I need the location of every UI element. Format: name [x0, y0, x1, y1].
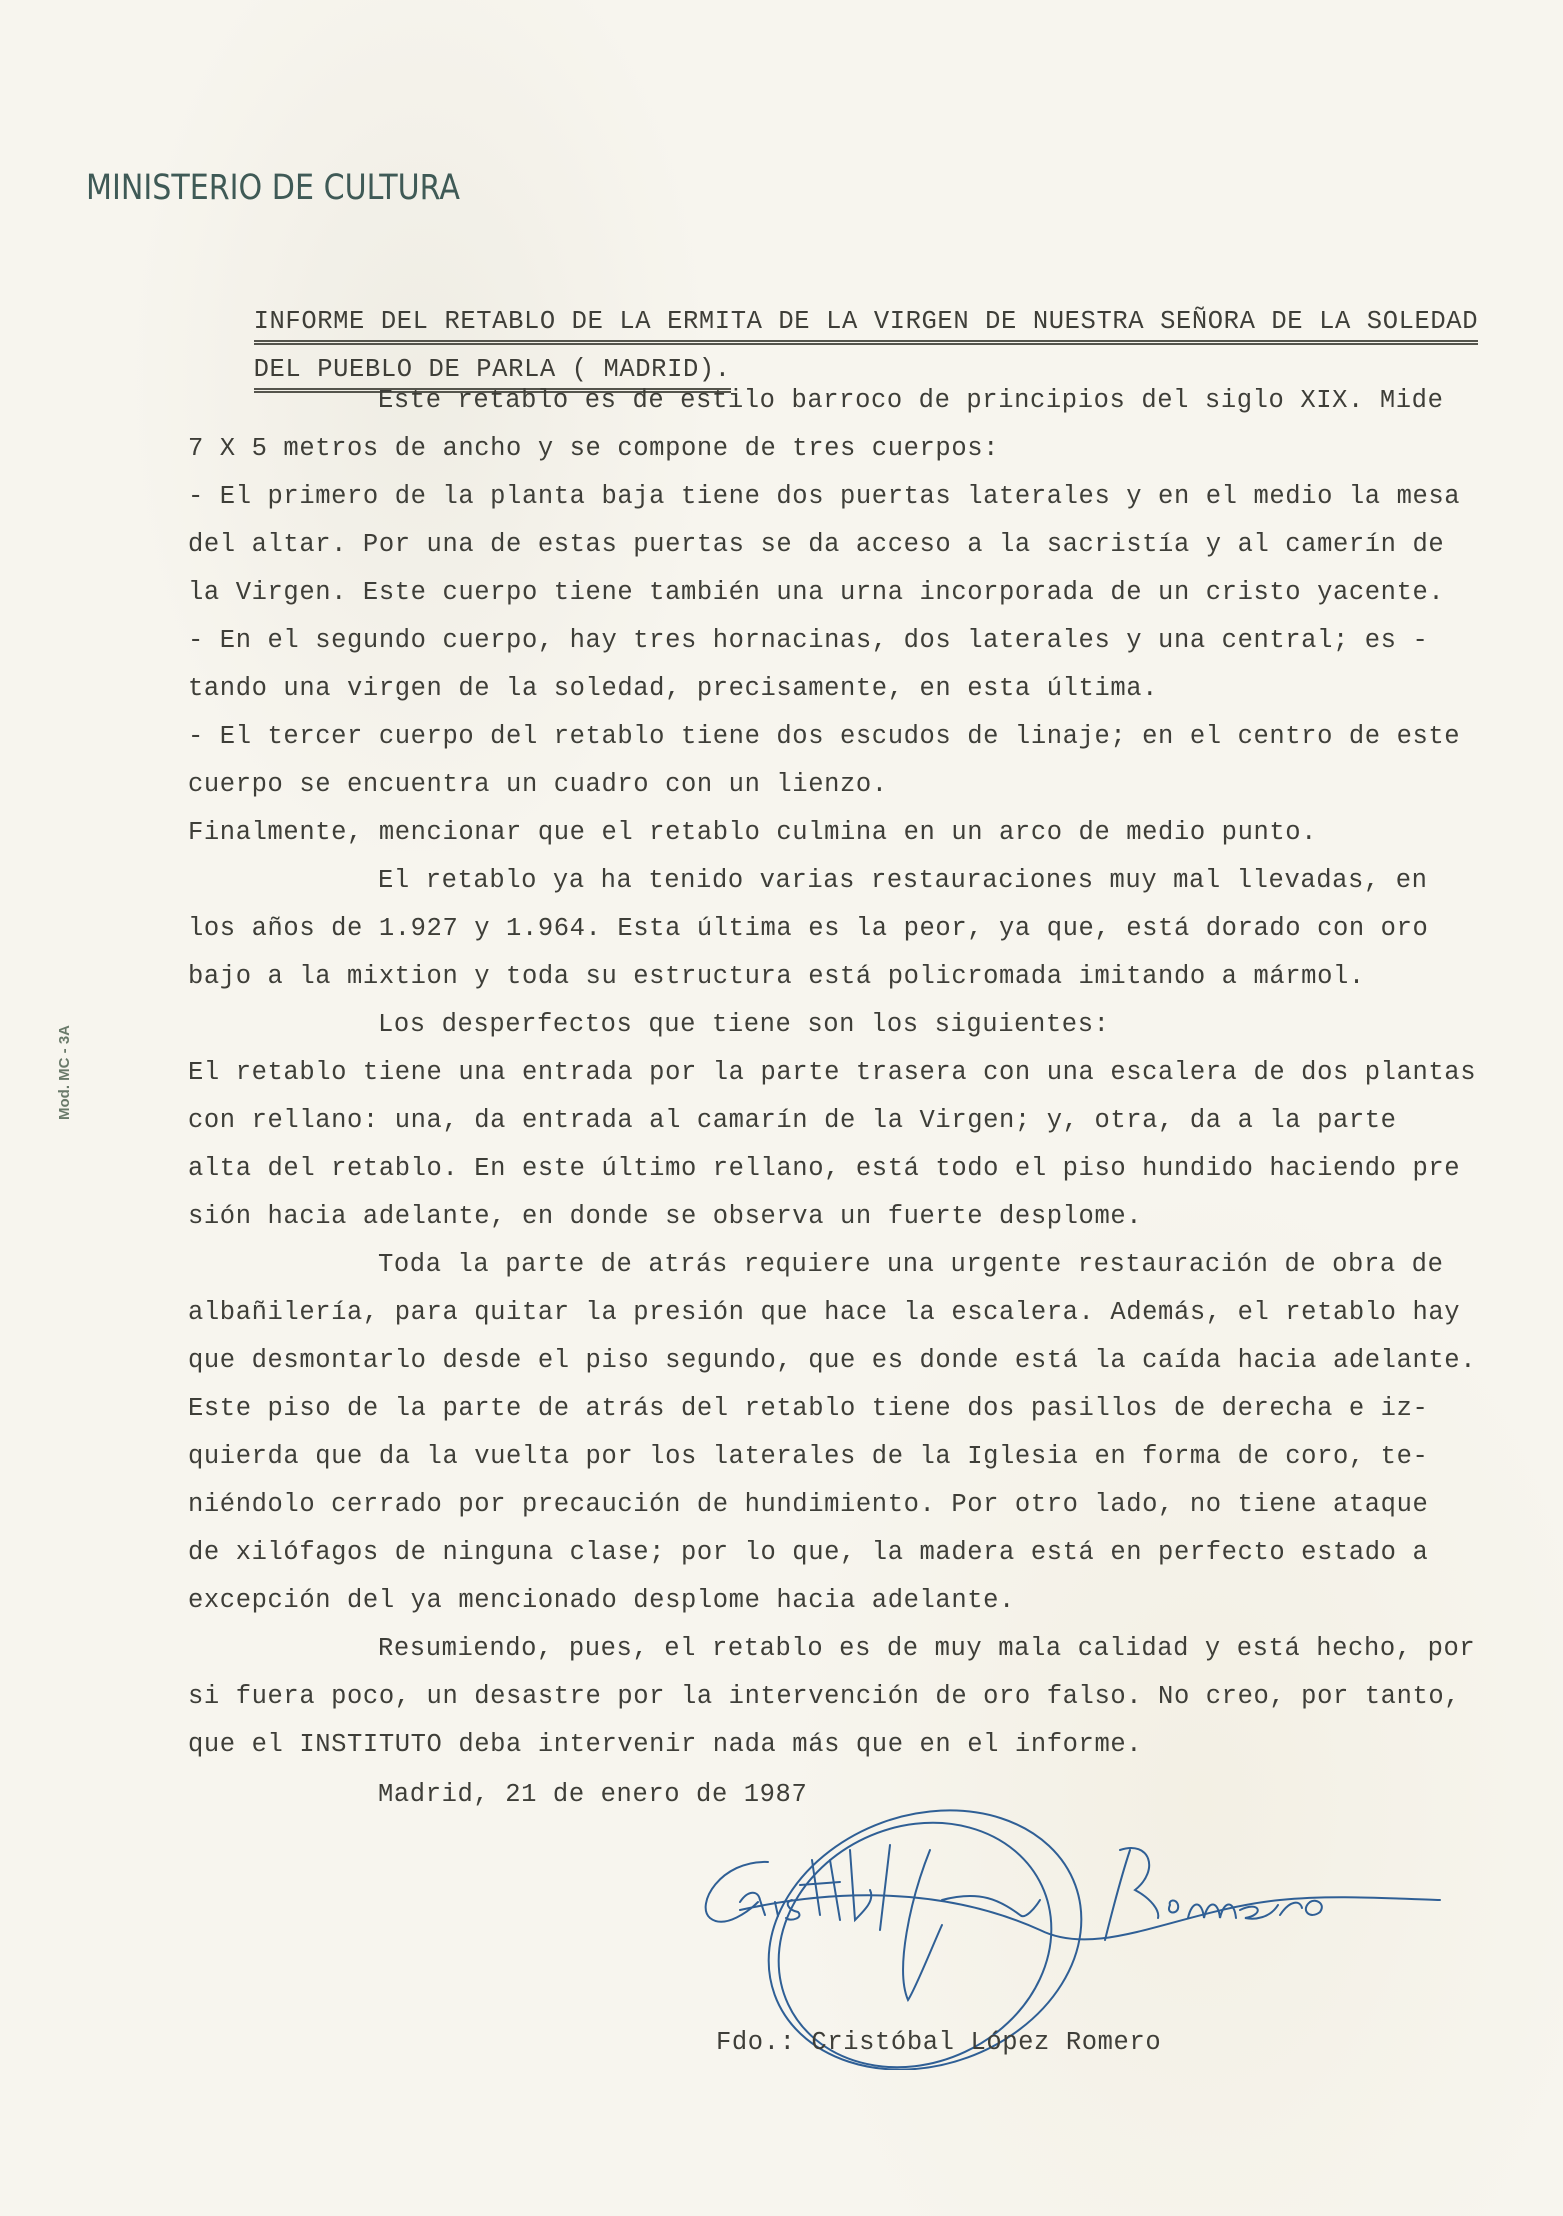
body-line: con rellano: una, da entrada al camarín … — [188, 1106, 1397, 1135]
body-line: Este retablo es de estilo barroco de pri… — [378, 386, 1443, 415]
body-line: excepción del ya mencionado desplome hac… — [188, 1586, 1015, 1615]
body-line: alta del retablo. En este último rellano… — [188, 1154, 1460, 1183]
letterhead-title: MINISTERIO DE CULTURA — [86, 168, 460, 208]
signed-by-line: Fdo.: Cristóbal López Romero — [716, 2028, 1161, 2057]
body-line: - El primero de la planta baja tiene dos… — [188, 482, 1460, 511]
body-line: - El tercer cuerpo del retablo tiene dos… — [188, 722, 1460, 751]
body-line: 7 X 5 metros de ancho y se compone de tr… — [188, 434, 999, 463]
body-line: que el INSTITUTO deba intervenir nada má… — [188, 1730, 1142, 1759]
body-line: sión hacia adelante, en donde se observa… — [188, 1202, 1142, 1231]
body-line: bajo a la mixtion y toda su estructura e… — [188, 962, 1365, 991]
body-line: los años de 1.927 y 1.964. Esta última e… — [188, 914, 1428, 943]
body-line: cuerpo se encuentra un cuadro con un lie… — [188, 770, 888, 799]
body-line: Finalmente, mencionar que el retablo cul… — [188, 818, 1317, 847]
body-line: tando una virgen de la soledad, precisam… — [188, 674, 1158, 703]
body-line: El retablo ya ha tenido varias restaurac… — [378, 866, 1428, 895]
body-line: niéndolo cerrado por precaución de hundi… — [188, 1490, 1428, 1519]
body-line: la Virgen. Este cuerpo tiene también una… — [188, 578, 1444, 607]
body-line: que desmontarlo desde el piso segundo, q… — [188, 1346, 1476, 1375]
body-line: de xilófagos de ninguna clase; por lo qu… — [188, 1538, 1428, 1567]
form-code: Mod. MC - 3A — [56, 1025, 73, 1120]
document-page: MINISTERIO DE CULTURA Mod. MC - 3A INFOR… — [0, 0, 1563, 2216]
body-line: El retablo tiene una entrada por la part… — [188, 1058, 1476, 1087]
body-line: Resumiendo, pues, el retablo es de muy m… — [378, 1634, 1475, 1663]
body-line: - En el segundo cuerpo, hay tres hornaci… — [188, 626, 1428, 655]
body-line: Este piso de la parte de atrás del retab… — [188, 1394, 1428, 1423]
body-line: si fuera poco, un desastre por la interv… — [188, 1682, 1460, 1711]
body-line: albañilería, para quitar la presión que … — [188, 1298, 1460, 1327]
body-line: Toda la parte de atrás requiere una urge… — [378, 1250, 1443, 1279]
body-line: del altar. Por una de estas puertas se d… — [188, 530, 1444, 559]
body-line: Los desperfectos que tiene son los sigui… — [378, 1010, 1110, 1039]
body-line: quierda que da la vuelta por los lateral… — [188, 1442, 1428, 1471]
